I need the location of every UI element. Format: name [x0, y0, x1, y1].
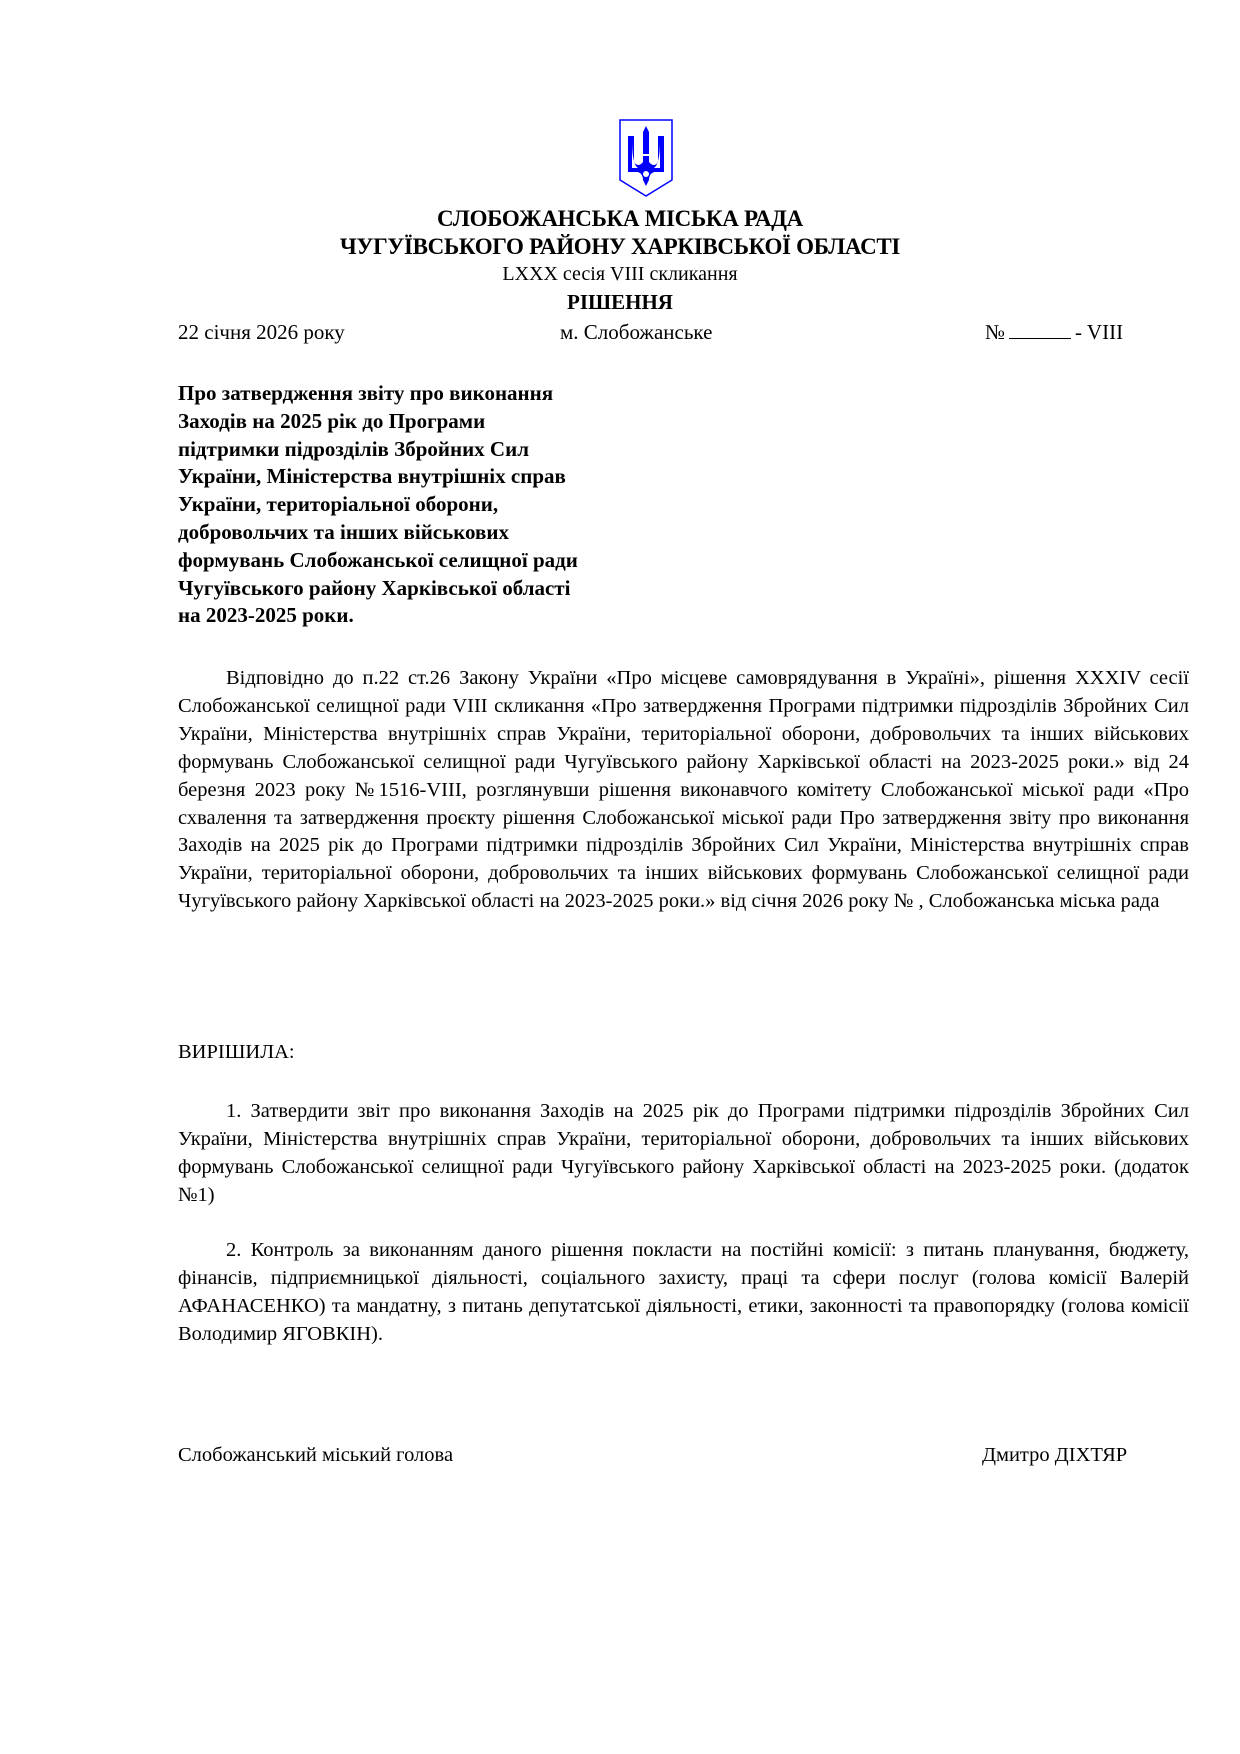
document-page: СЛОБОЖАНСЬКА МІСЬКА РАДА ЧУГУЇВСЬКОГО РА… [0, 0, 1240, 1754]
subject-line: добровольчих та інших військових [178, 519, 678, 547]
number-suffix: - VIII [1075, 320, 1123, 344]
document-type: РІШЕННЯ [0, 290, 1240, 315]
session-label: LXXX сесія VIII скликання [0, 263, 1240, 286]
coat-of-arms-ukraine-icon [618, 118, 674, 198]
subject-line: підтримки підрозділів Збройних Сил [178, 436, 678, 464]
subject-line: України, територіальної оборони, [178, 491, 678, 519]
district-name: ЧУГУЇВСЬКОГО РАЙОНУ ХАРКІВСЬКОЇ ОБЛАСТІ [0, 234, 1240, 260]
subject-line: Чугуївського району Харківської області [178, 575, 678, 603]
number-blank [1009, 320, 1071, 339]
decision-place: м. Слобожанське [560, 320, 712, 345]
decision-subject: Про затвердження звіту про виконання Зах… [178, 380, 678, 630]
number-prefix: № [985, 320, 1005, 344]
decision-item-2: 2. Контроль за виконанням даного рішення… [178, 1237, 1189, 1349]
preamble-paragraph: Відповідно до п.22 ст.26 Закону України … [178, 665, 1189, 916]
subject-line: Заходів на 2025 рік до Програми [178, 408, 678, 436]
subject-line: України, Міністерства внутрішніх справ [178, 463, 678, 491]
council-name: СЛОБОЖАНСЬКА МІСЬКА РАДА [0, 206, 1240, 232]
signatory-title: Слобожанський міський голова [178, 1444, 453, 1467]
subject-line: Про затвердження звіту про виконання [178, 380, 678, 408]
decision-item-1: 1. Затвердити звіт про виконання Заходів… [178, 1098, 1189, 1210]
decided-heading: ВИРІШИЛА: [178, 1041, 295, 1064]
decision-number: №- VIII [985, 320, 1123, 345]
subject-line: на 2023-2025 роки. [178, 602, 678, 630]
signatory-name: Дмитро ДІХТЯР [982, 1444, 1127, 1467]
subject-line: формувань Слобожанської селищної ради [178, 547, 678, 575]
decision-date: 22 січня 2026 року [178, 320, 345, 345]
